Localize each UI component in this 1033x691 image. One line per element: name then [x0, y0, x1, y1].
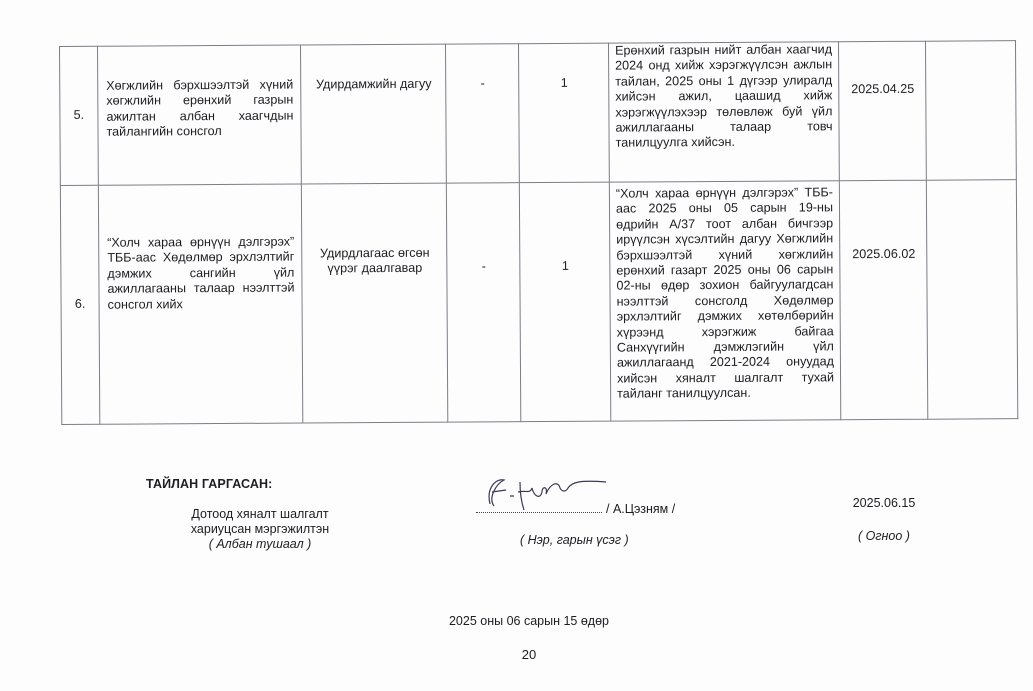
count-cell: 1 — [519, 182, 610, 422]
col4-cell: - — [445, 44, 519, 183]
description-cell: “Холч хараа өрнүүн дэлгэрэх” ТББ-аас 202… — [609, 181, 840, 421]
row-number-cell: 6. — [60, 185, 99, 424]
col4-text: - — [447, 183, 520, 281]
date-cell: 2025.06.02 — [839, 180, 927, 420]
date-caption: ( Огноо ) — [846, 529, 922, 543]
report-table: 5. Хөгжлийн бэрхшээлтэй хүний хөгжлийн е… — [59, 40, 1018, 425]
col4-text: - — [446, 44, 518, 98]
footer-date: 2025 оны 06 сарын 15 өдөр — [0, 614, 1033, 628]
basis-text: Удирдамжийн дагуу — [301, 45, 445, 99]
signoff-date-block: 2025.06.15 ( Огноо ) — [846, 496, 922, 543]
topic-cell: “Холч хараа өрнүүн дэлгэрэх” ТББ-аас Хөд… — [98, 184, 302, 424]
description-text: Ерөнхий газрын нийт албан хаагчид 2024 о… — [609, 42, 839, 157]
position-line-2: хариуцсан мэргэжилтэн — [160, 522, 360, 537]
basis-cell: Удирдамжийн дагуу — [300, 44, 446, 184]
date-text: 2025.06.02 — [840, 181, 927, 269]
count-text: 1 — [519, 44, 608, 98]
row-number: 5. — [74, 108, 85, 122]
topic-cell: Хөгжлийн бэрхшээлтэй хүний хөгжлийн ерөн… — [98, 45, 302, 185]
col4-cell: - — [446, 183, 520, 422]
date-text: 2025.04.25 — [839, 42, 925, 104]
note-cell — [926, 180, 1017, 420]
topic-text: Хөгжлийн бэрхшээлтэй хүний хөгжлийн ерөн… — [98, 46, 301, 147]
count-text: 1 — [520, 183, 610, 281]
signoff-date: 2025.06.15 — [846, 496, 922, 510]
table-row: 6. “Холч хараа өрнүүн дэлгэрэх” ТББ-аас … — [60, 180, 1017, 425]
topic-text: “Холч хараа өрнүүн дэлгэрэх” ТББ-аас Хөд… — [99, 185, 302, 319]
position-caption: ( Албан тушаал ) — [160, 537, 360, 552]
page-number: 20 — [0, 647, 1033, 662]
position-line-1: Дотоод хяналт шалгалт — [160, 507, 360, 522]
date-cell: 2025.04.25 — [838, 41, 926, 181]
row-number: 6. — [75, 297, 86, 311]
name-caption: ( Нэр, гарын үсэг ) — [520, 533, 629, 547]
signoff-title: ТАЙЛАН ГАРГАСАН: — [146, 477, 272, 491]
description-cell: Ерөнхий газрын нийт албан хаагчид 2024 о… — [608, 42, 839, 182]
basis-text: Удирдлагаас өгсөн үүрэг даалгавар — [302, 184, 447, 284]
description-text: “Холч хараа өрнүүн дэлгэрэх” ТББ-аас 202… — [610, 181, 840, 408]
note-text — [926, 41, 1015, 56]
note-cell — [925, 41, 1016, 181]
table-row: 5. Хөгжлийн бэрхшээлтэй хүний хөгжлийн е… — [60, 41, 1017, 186]
row-number-cell: 5. — [60, 46, 99, 185]
position-block: Дотоод хяналт шалгалт хариуцсан мэргэжил… — [160, 507, 360, 552]
note-text — [927, 180, 1016, 195]
signer-name: / А.Цэзням / — [606, 502, 675, 516]
signature-line: / А.Цэзням / — [476, 500, 675, 516]
basis-cell: Удирдлагаас өгсөн үүрэг даалгавар — [301, 183, 447, 423]
count-cell: 1 — [518, 43, 609, 183]
signature-dotted-line — [476, 500, 602, 513]
